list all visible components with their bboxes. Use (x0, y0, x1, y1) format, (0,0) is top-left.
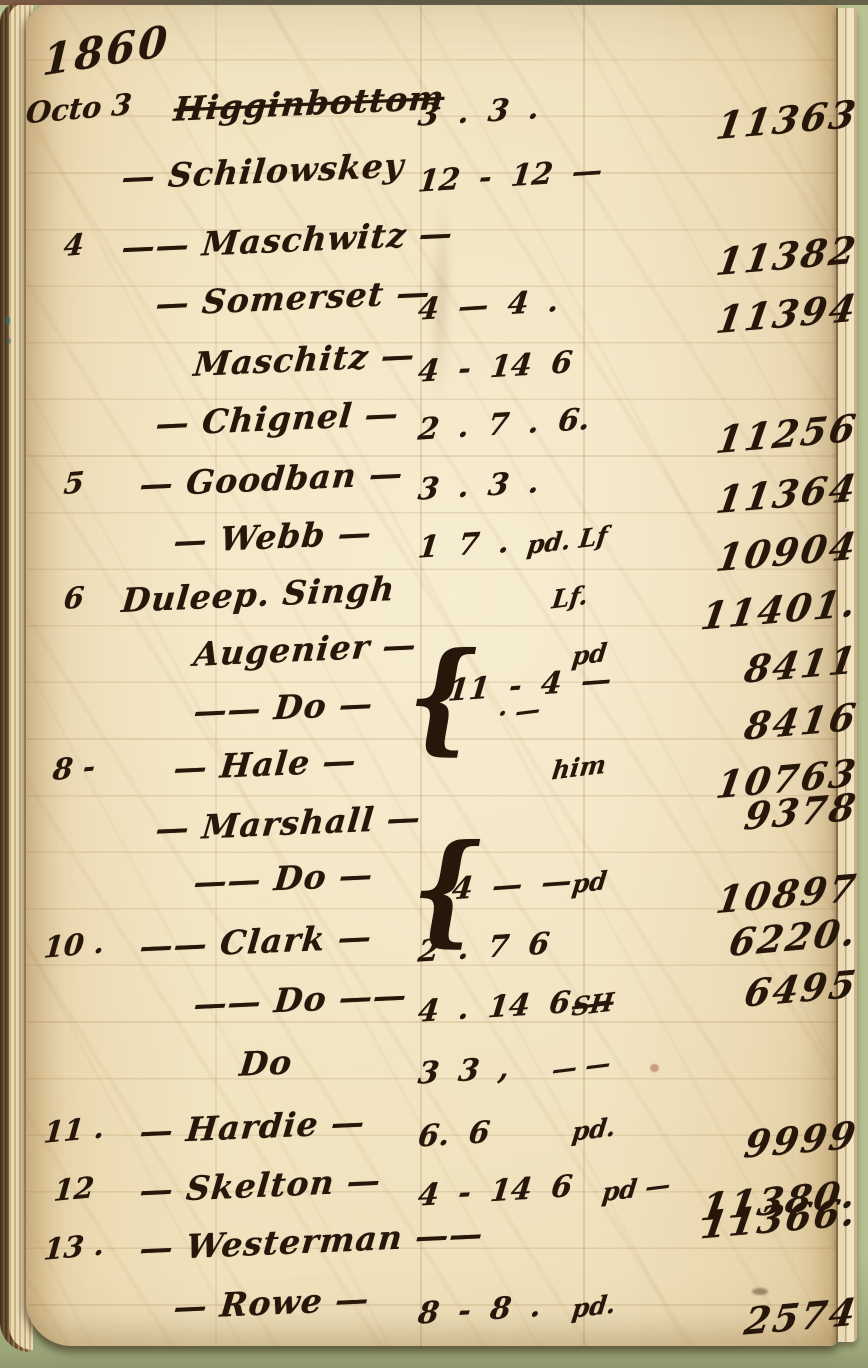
ledger-row: 13 . — Westerman —— 11366. (0, 1230, 868, 1282)
ledger-row: — Chignel — 2 . 7 . 6. 11256 (0, 406, 868, 458)
ledger-row: —— Do —— 4 . 14 6 SH 6495 (0, 988, 868, 1040)
ledger-row: — Webb — 1 7 . pd. Lf 10904 (0, 524, 868, 576)
payment-note: pd (570, 866, 608, 900)
date-label: 10 . (25, 924, 124, 967)
date-label: 8 - (25, 747, 124, 790)
date-label: 13 . (25, 1226, 124, 1269)
ledger-row: — Schilowskey 12 - 12 — (0, 158, 868, 210)
payment-note: pd. (570, 1289, 617, 1324)
ledger-row: — Rowe — 8 - 8 . pd. 2574 (0, 1290, 868, 1342)
ledger-row: 11 . — Hardie — 6. 6 pd. 9999 (0, 1113, 868, 1165)
date-label: 4 (25, 224, 124, 267)
date-label: 11 . (25, 1109, 124, 1152)
ledger-row: — Somerset — 4 — 4 . 11394 (0, 286, 868, 338)
payment-note: him (550, 749, 607, 785)
scanned-ledger-photo: { "document": { "year": "1860" }, "ledge… (0, 0, 868, 1368)
date-label: Octo 3 (25, 88, 124, 131)
date-label: 12 (25, 1168, 124, 1211)
amount-value: 12 - 12 — (416, 151, 635, 199)
payment-note: Lf. (550, 580, 590, 614)
payment-note: pd. (570, 1112, 617, 1147)
date-label: 6 (25, 577, 124, 620)
scan-top-edge (0, 0, 868, 5)
ledger-row: Octo 3 Higginbottom 3 . 3 . 11363 (0, 92, 868, 144)
payment-note: SH (570, 987, 615, 1022)
ledger-row: Do 3 3 , — — (0, 1050, 868, 1102)
date-label: 5 (25, 462, 124, 505)
